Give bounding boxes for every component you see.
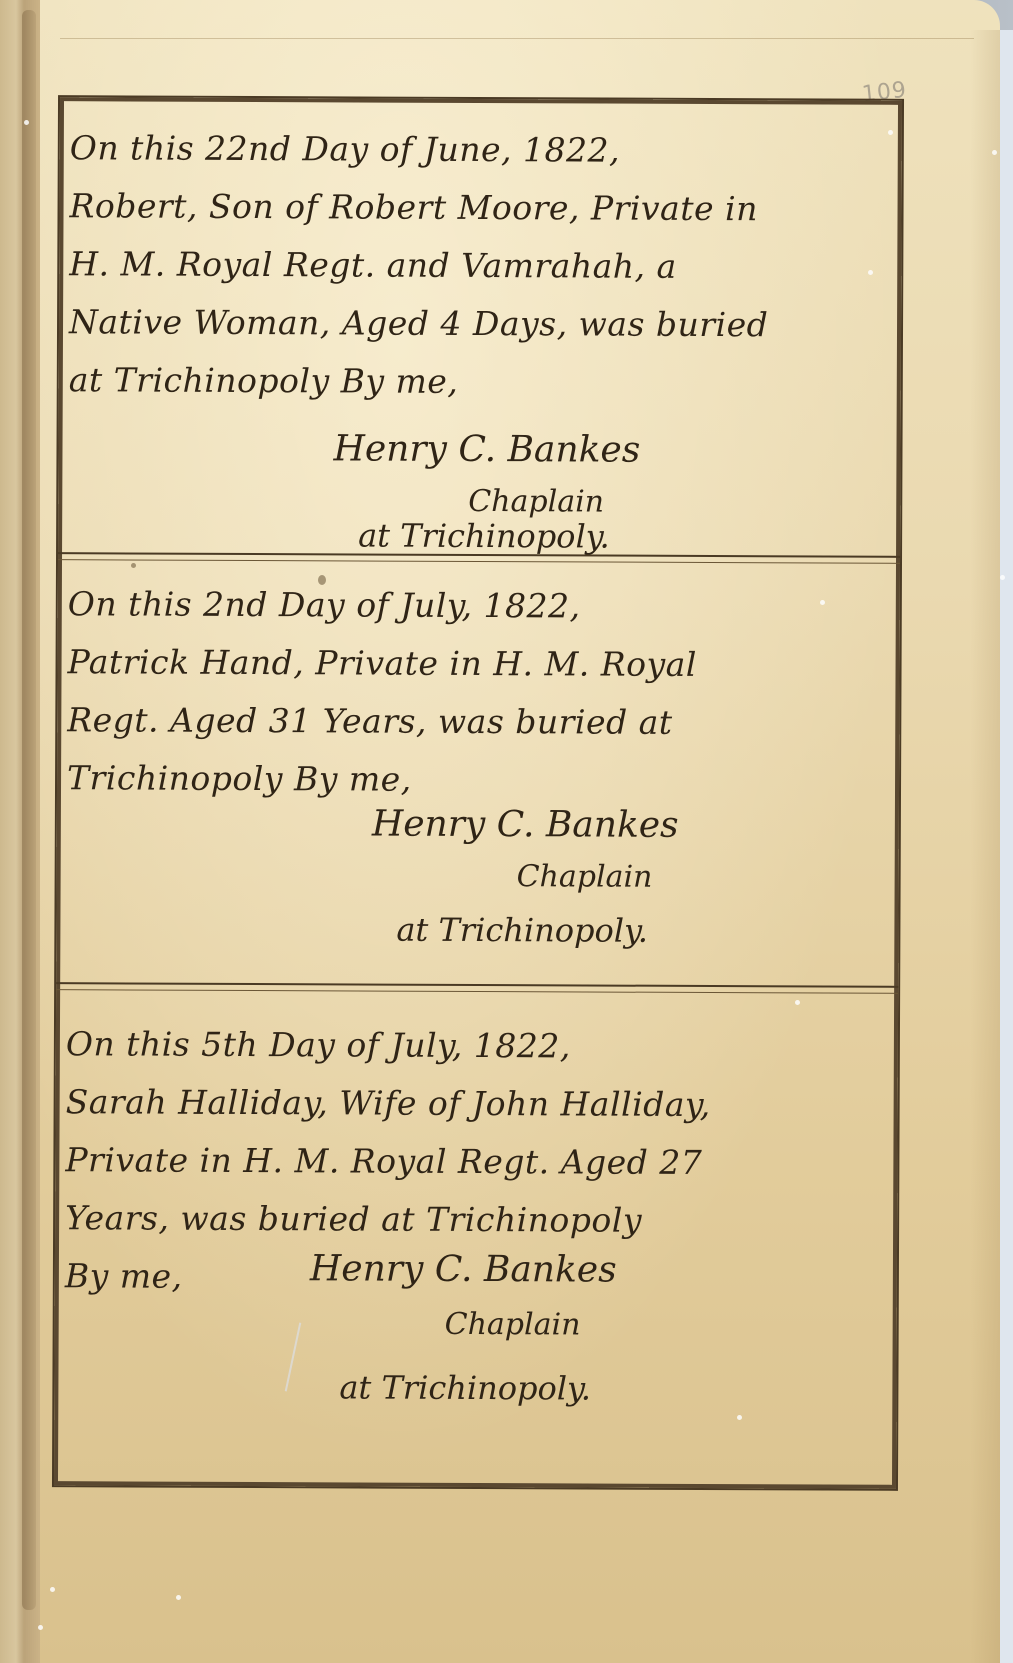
entry-1-place: at Trichinopoly. (358, 516, 610, 555)
entry-2-signature: Henry C. Bankes (372, 804, 679, 846)
entry-1-title: Chaplain (468, 484, 604, 520)
entry-3-line-2: Sarah Halliday, Wife of John Halliday, (66, 1073, 878, 1135)
entry-1-line-5: at Trichinopoly By me, (69, 351, 881, 413)
page-top-edge (60, 24, 974, 39)
entry-2-place: at Trichinopoly. (396, 911, 648, 950)
entry-divider-2 (56, 982, 898, 994)
paper-speck (868, 270, 873, 275)
paper-speck (737, 1415, 742, 1420)
entry-1-line-4: Native Woman, Aged 4 Days, was buried (69, 293, 881, 355)
ink-blot (318, 575, 326, 585)
paper-speck (795, 1000, 800, 1005)
gutter-shadow (22, 10, 36, 1610)
entry-2-title: Chaplain (517, 859, 653, 895)
paper-speck (820, 600, 825, 605)
entry-1-line-3: H. M. Royal Regt. and Vamrahah, a (69, 235, 881, 297)
burial-entry-1: On this 22nd Day of June, 1822, Robert, … (69, 119, 882, 413)
entry-2-line-4: Trichinopoly By me, (67, 749, 879, 811)
burial-entry-2: On this 2nd Day of July, 1822, Patrick H… (67, 575, 880, 811)
entry-2-line-1: On this 2nd Day of July, 1822, (68, 575, 880, 637)
paper-speck (176, 1595, 181, 1600)
paper-speck (50, 1587, 55, 1592)
entry-3-line-4: Years, was buried at Trichinopoly (65, 1189, 877, 1251)
paper-speck (38, 1625, 43, 1630)
entry-2-line-2: Patrick Hand, Private in H. M. Royal (67, 633, 879, 695)
register-frame: On this 22nd Day of June, 1822, Robert, … (52, 95, 904, 1491)
entry-1-signature: Henry C. Bankes (333, 428, 640, 470)
paper-speck (1000, 575, 1005, 580)
entry-2-line-3: Regt. Aged 31 Years, was buried at (67, 691, 879, 753)
paper-speck (992, 150, 997, 155)
binding-gutter (0, 0, 40, 1663)
entry-3-signature: Henry C. Bankes (310, 1248, 617, 1290)
paper-speck (888, 130, 893, 135)
entry-3-title: Chaplain (445, 1307, 581, 1343)
entry-3-place: at Trichinopoly. (339, 1368, 591, 1407)
ink-dot (131, 563, 136, 568)
entry-1-line-1: On this 22nd Day of June, 1822, (70, 119, 882, 181)
entry-1-line-2: Robert, Son of Robert Moore, Private in (69, 177, 881, 239)
paper-speck (24, 120, 29, 125)
entry-divider-1 (58, 552, 900, 564)
entry-3-line-1: On this 5th Day of July, 1822, (66, 1015, 878, 1077)
entry-3-line-3: Private in H. M. Royal Regt. Aged 27 (65, 1131, 877, 1193)
